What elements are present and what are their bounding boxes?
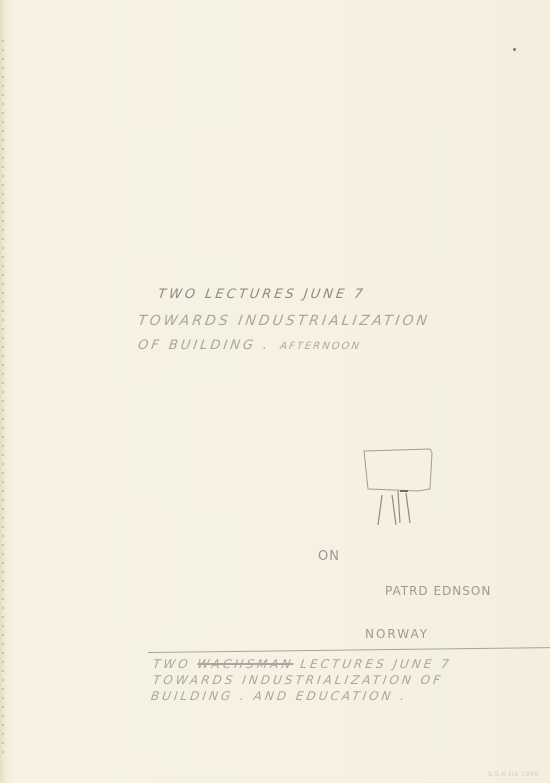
struck-out-word: WACHSMAN [196,657,294,671]
lower-note-word1: TWO [152,657,192,671]
upper-note-line-3-text: OF BUILDING . [137,338,271,353]
country-label: NORWAY [365,627,429,641]
archive-stamp: S.S.H.tra 1940 [488,771,538,778]
sketch-figure-icon [360,445,440,530]
lower-note-line-3: BUILDING . AND EDUCATION . [150,689,408,703]
upper-note-line-3: OF BUILDING .AFTERNOON [137,338,362,353]
upper-note-line-2: TOWARDS INDUSTRIALIZATION [137,313,431,329]
paper-sheet: TWO LECTURES JUNE 7 TOWARDS INDUSTRIALIZ… [0,0,550,783]
upper-note-afternoon: AFTERNOON [279,341,361,352]
person-name: PATRD EDNSON [385,584,491,598]
pencil-mark [513,48,516,51]
lower-note-rest: LECTURES JUNE 7 [299,657,452,671]
lower-note-line-2: TOWARDS INDUSTRIALIZATION OF [152,673,444,687]
upper-note-line-1: TWO LECTURES JUNE 7 [157,287,367,302]
divider-line [148,647,550,653]
lower-note-line-1: TWO WACHSMAN LECTURES JUNE 7 [152,657,453,671]
perforated-edge [2,40,4,760]
on-label: ON [318,549,340,564]
